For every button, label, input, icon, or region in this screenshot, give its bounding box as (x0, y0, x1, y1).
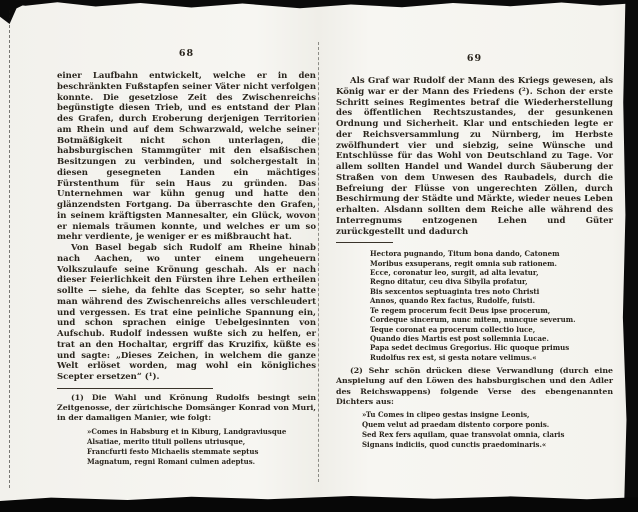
verse-line: Alsatiae, merito tituli pollens utriusqu… (87, 437, 316, 447)
verse-line: Quem velut ad praedam distento corpore p… (362, 420, 613, 430)
right-page-number: 69 (336, 53, 613, 64)
book-scan: 68 einer Laufbahn entwickelt, welche er … (0, 0, 638, 512)
verse-line: Bis sexcentos septuaginta tres noto Chri… (370, 287, 613, 296)
scan-corner-blot (0, 0, 30, 24)
scan-bottom-edge (0, 492, 638, 512)
page-gutter-line (318, 42, 319, 482)
left-body-text: einer Laufbahn entwickelt, welche er in … (57, 71, 316, 383)
verse-line: Hectora pugnando, Titum bona dando, Cato… (370, 249, 613, 258)
verse-line: Annos, quando Rex factus, Rudolfe, fuist… (370, 296, 613, 305)
left-page: 68 einer Laufbahn entwickelt, welche er … (57, 48, 316, 467)
verse-line: Papa sedet decimus Gregorius. Hic quoque… (370, 343, 613, 352)
verse-line: Francfurti festo Michaelis stemmate sept… (87, 447, 316, 457)
scan-top-edge (0, 0, 638, 10)
verse-line: Quando dies Martis est post sollemnia Lu… (370, 334, 613, 343)
verse-line: Te regem procerum fecit Deus ipse procer… (370, 306, 613, 315)
left-footnote-1: (1) Die Wahl und Krönung Rudolfs besingt… (57, 393, 316, 424)
scan-right-edge (620, 0, 638, 512)
left-paragraph-1: einer Laufbahn entwickelt, welche er in … (57, 71, 316, 243)
verse-line: Teque coronat ea procerum collectio luce… (370, 325, 613, 334)
left-footnote-separator (57, 388, 213, 389)
right-paragraph-1: Als Graf war Rudolf der Mann des Kriegs … (336, 76, 613, 237)
left-paragraph-2: Von Basel begab sich Rudolf am Rheine hi… (57, 243, 316, 383)
verse-line: Magnatum, regni Romani culmen adeptus. (87, 457, 316, 467)
verse-line: Regno ditatur, ceu diva Sibylla profatur… (370, 277, 613, 286)
left-footnote-verse: »Comes in Habsburg et in Kiburg, Landgra… (87, 427, 316, 467)
verse-line: Moribus exsuperans, regit omnia sub rati… (370, 259, 613, 268)
verse-line: Rudolfus rex est, si gesta notare velimu… (370, 353, 613, 362)
right-footnote-2: (2) Sehr schön drücken diese Verwandlung… (336, 366, 613, 407)
left-page-edge-line (9, 10, 10, 488)
right-footnote-separator (336, 242, 393, 243)
verse-line: Cordeque sincerum, nunc mitem, nuncque s… (370, 315, 613, 324)
verse-line: »Tu Comes in clipeo gestas insigne Leoni… (362, 410, 613, 420)
right-page: 69 Als Graf war Rudolf der Mann des Krie… (336, 53, 613, 450)
right-footnote-1-verse: Hectora pugnando, Titum bona dando, Cato… (370, 249, 613, 362)
verse-line: »Comes in Habsburg et in Kiburg, Landgra… (87, 427, 316, 437)
verse-line: Signans indiciis, quod cunctis praedomin… (362, 440, 613, 450)
verse-line: Ecce, coronatur leo, surgit, ad alta lev… (370, 268, 613, 277)
verse-line: Sed Rex fers aquilam, quae transvolat om… (362, 430, 613, 440)
left-page-number: 68 (57, 48, 316, 59)
right-body-text: Als Graf war Rudolf der Mann des Kriegs … (336, 76, 613, 237)
right-footnote-2-verse: »Tu Comes in clipeo gestas insigne Leoni… (362, 410, 613, 450)
